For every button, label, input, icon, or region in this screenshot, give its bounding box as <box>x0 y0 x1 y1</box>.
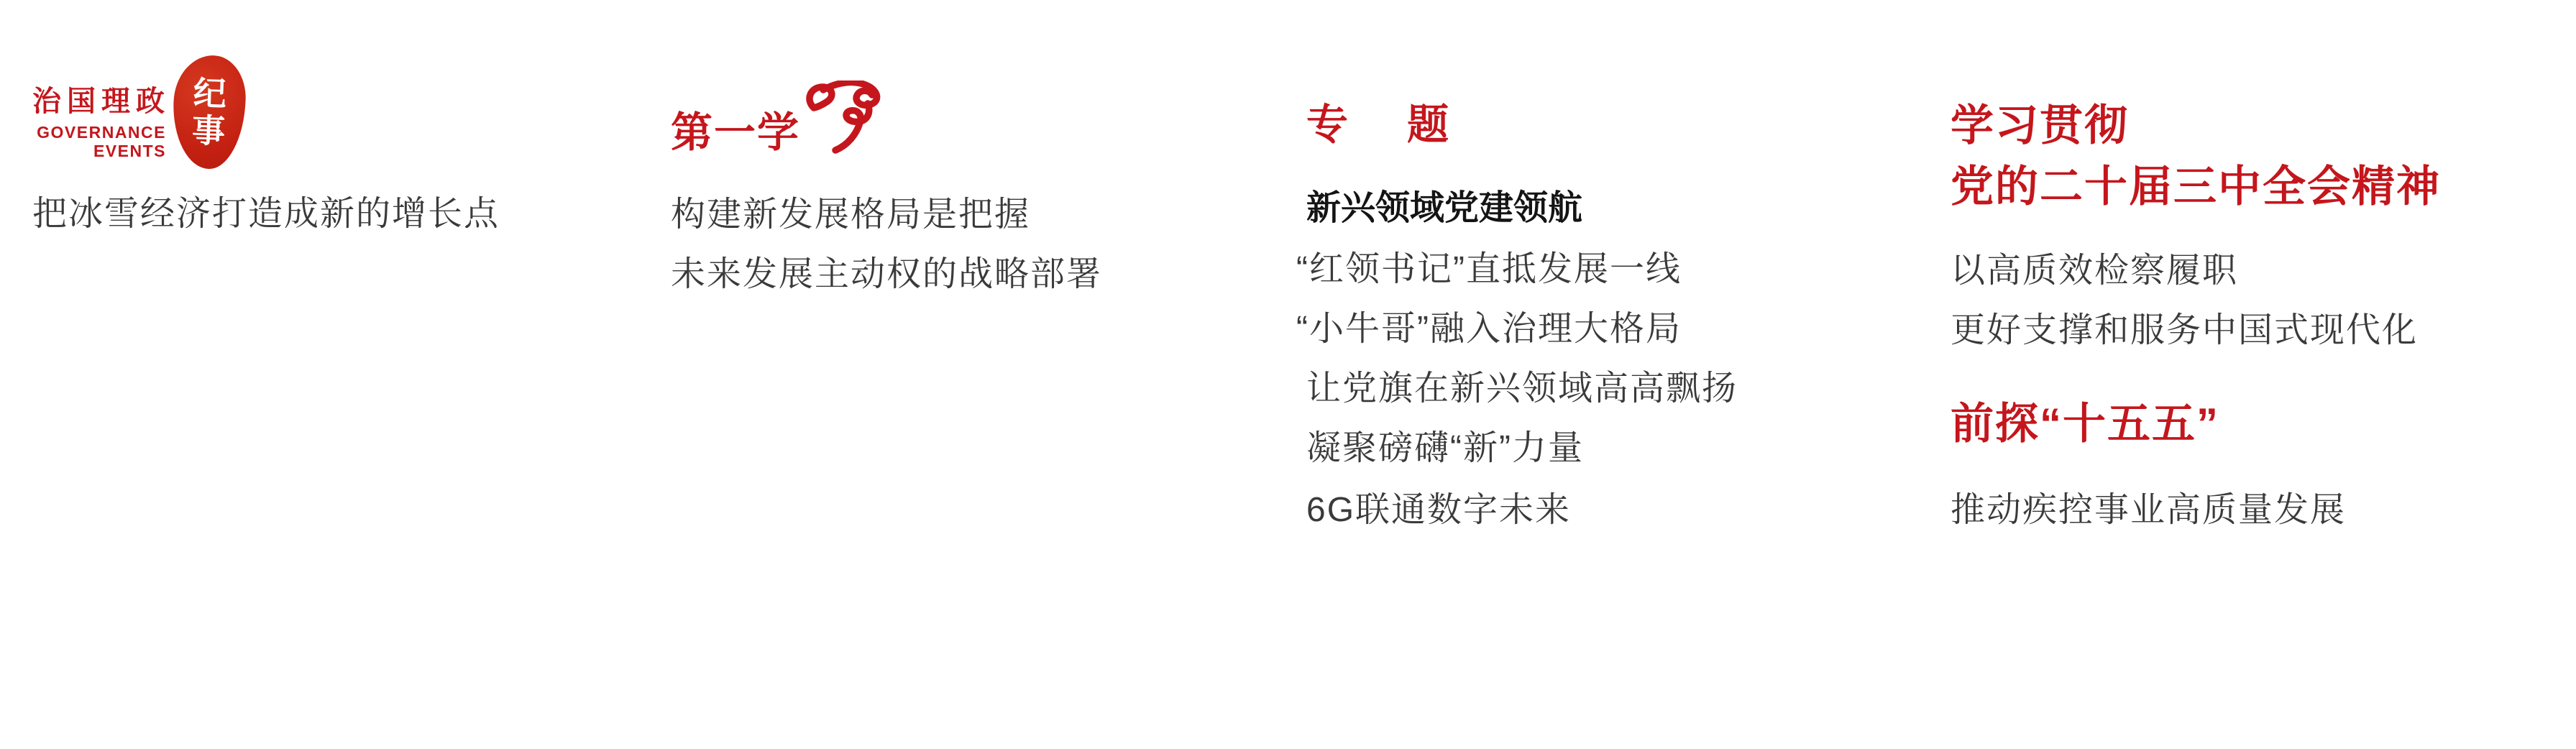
topic-item-1[interactable]: “红领书记”直抵发展一线 <box>1306 251 1682 289</box>
logo-subtitle-line1: GOVERNANCE <box>32 123 166 142</box>
headline-governance[interactable]: 把冰雪经济打造成新的增长点 <box>32 196 500 234</box>
section-title-special-topics[interactable]: 专题 <box>1306 104 1449 146</box>
headline-fifteenth-plan-1[interactable]: 推动疾控事业高质量发展 <box>1951 492 2346 530</box>
logo-subtitle-en: GOVERNANCE EVENTS <box>32 123 166 160</box>
section-title-plenum-line1[interactable]: 学习贯彻 <box>1951 103 2129 148</box>
headline-first-study-1[interactable]: 构建新发展格局是把握 <box>671 196 1030 234</box>
topic-item-5[interactable]: 6G联通数字未来 <box>1306 492 1571 530</box>
governance-events-logo[interactable]: 治国理政 GOVERNANCE EVENTS 纪 事 <box>32 55 248 172</box>
special-topics-char-2: 题 <box>1407 101 1449 148</box>
seal-char-2: 事 <box>191 114 226 148</box>
seal-char-1: 纪 <box>193 76 227 111</box>
section-title-plenum-line2[interactable]: 党的二十届三中全会精神 <box>1951 164 2441 209</box>
special-topics-subhead[interactable]: 新兴领域党建领航 <box>1306 190 1582 228</box>
section-title-fifteenth-plan[interactable]: 前探“十五五” <box>1951 401 2219 446</box>
section-title-first-study[interactable]: 第一学 <box>671 112 800 154</box>
topic-item-4[interactable]: 凝聚磅礴“新”力量 <box>1306 430 1584 468</box>
logo-title-cn: 治国理政 <box>32 87 170 116</box>
logo-subtitle-line2: EVENTS <box>32 142 166 160</box>
headline-first-study-2[interactable]: 未来发展主动权的战略部署 <box>671 256 1102 294</box>
topic-item-2[interactable]: “小牛哥”融入治理大格局 <box>1306 311 1682 349</box>
first-study-title-text: 第一学 <box>671 109 800 156</box>
headline-plenum-2[interactable]: 更好支撑和服务中国式现代化 <box>1951 312 2418 350</box>
headline-plenum-1[interactable]: 以高质效检察履职 <box>1951 252 2238 290</box>
topic-item-3[interactable]: 让党旗在新兴领域高高飘扬 <box>1306 370 1738 408</box>
xi-calligraphy-icon <box>802 81 890 161</box>
page: 治国理政 GOVERNANCE EVENTS 纪 事 把冰雪经济打造成新的增长点… <box>0 0 2576 749</box>
seal-stamp-icon: 纪 事 <box>171 54 247 170</box>
special-topics-char-1: 专 <box>1306 101 1348 148</box>
